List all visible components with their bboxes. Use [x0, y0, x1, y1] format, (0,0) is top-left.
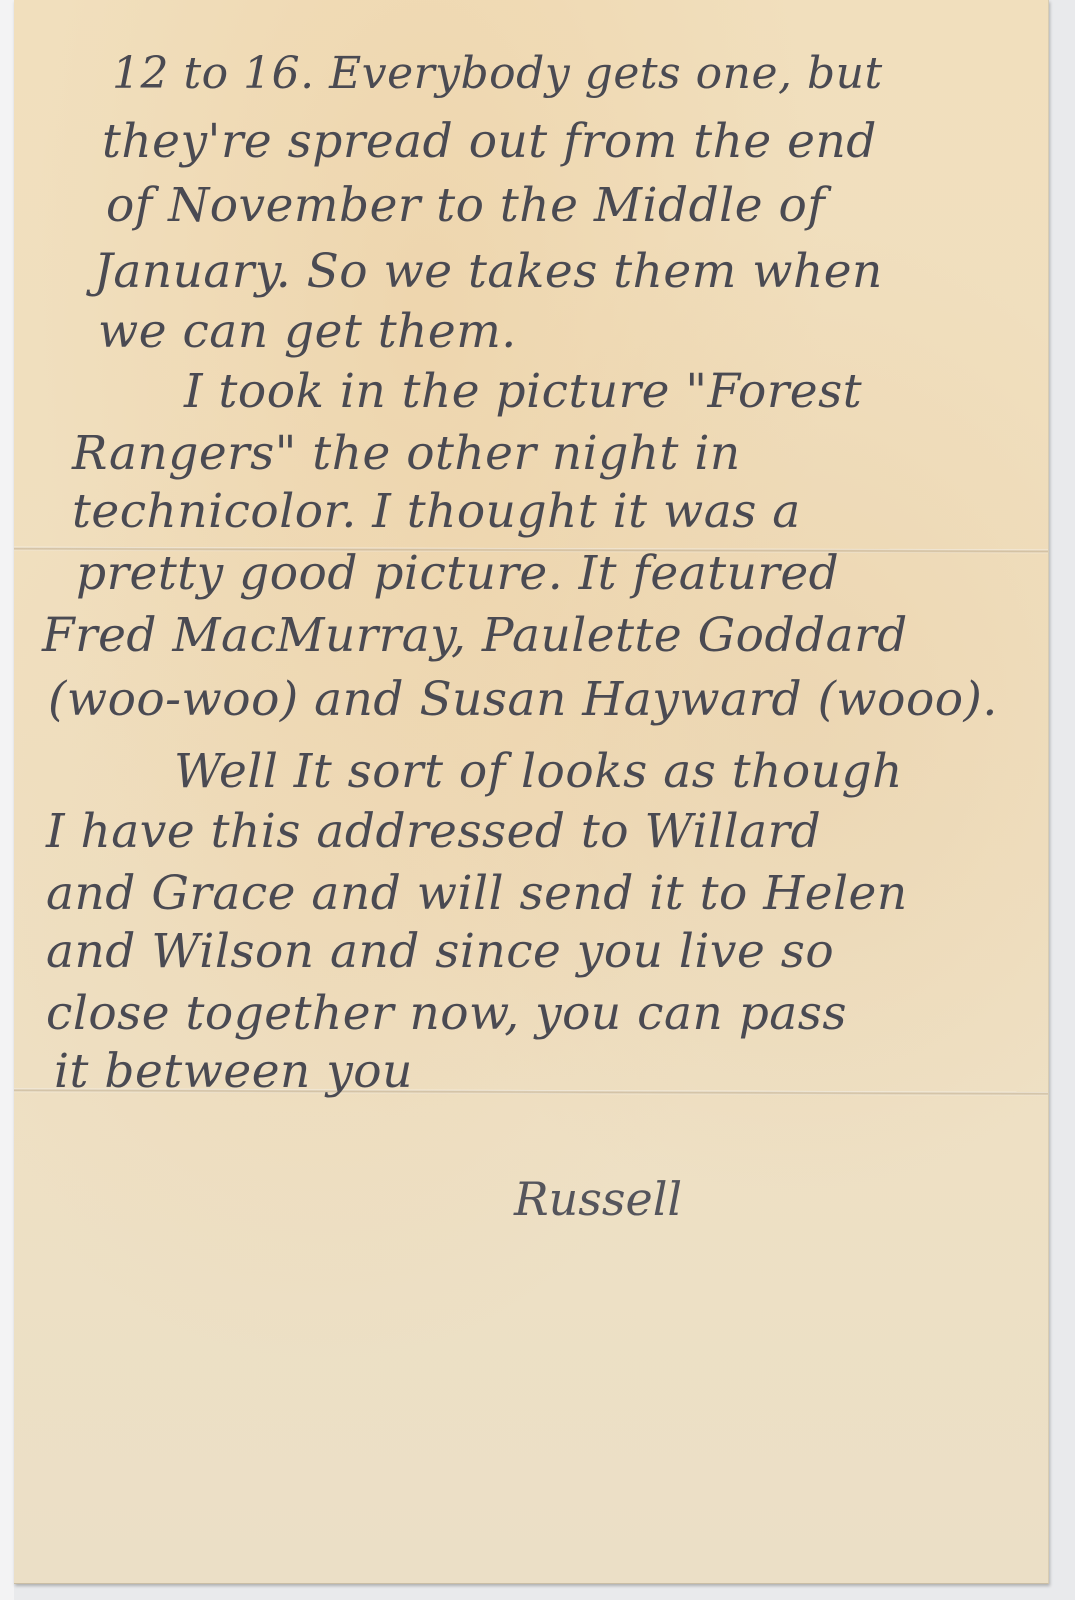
letter-line: January. So we takes them when	[94, 248, 883, 295]
letter-line: and Wilson and since you live so	[46, 928, 834, 975]
letter-line: they're spread out from the end	[102, 118, 877, 165]
letter-line: Fred MacMurray, Paulette Goddard	[42, 612, 908, 659]
signature: Russell	[514, 1172, 682, 1226]
scanned-letter-page: 12 to 16. Everybody gets one, but they'r…	[0, 0, 1075, 1600]
letter-line: 12 to 16. Everybody gets one, but	[112, 52, 883, 96]
letter-line: pretty good picture. It featured	[76, 550, 839, 597]
letter-line: and Grace and will send it to Helen	[46, 870, 908, 917]
letter-line: Well It sort of looks as though	[174, 748, 903, 795]
letter-paper: 12 to 16. Everybody gets one, but they'r…	[14, 0, 1049, 1584]
letter-line: Rangers" the other night in	[72, 430, 741, 477]
letter-line: I took in the picture "Forest	[184, 368, 862, 415]
letter-line: of November to the Middle of	[106, 182, 825, 229]
letter-line: technicolor. I thought it was a	[72, 488, 801, 535]
letter-body: 12 to 16. Everybody gets one, but they'r…	[14, 0, 1048, 1583]
letter-line: we can get them.	[98, 308, 517, 355]
letter-line: (woo-woo) and Susan Hayward (wooo).	[48, 676, 998, 723]
letter-line: it between you	[54, 1048, 413, 1095]
letter-line: close together now, you can pass	[46, 990, 847, 1037]
letter-line: I have this addressed to Willard	[46, 808, 821, 855]
